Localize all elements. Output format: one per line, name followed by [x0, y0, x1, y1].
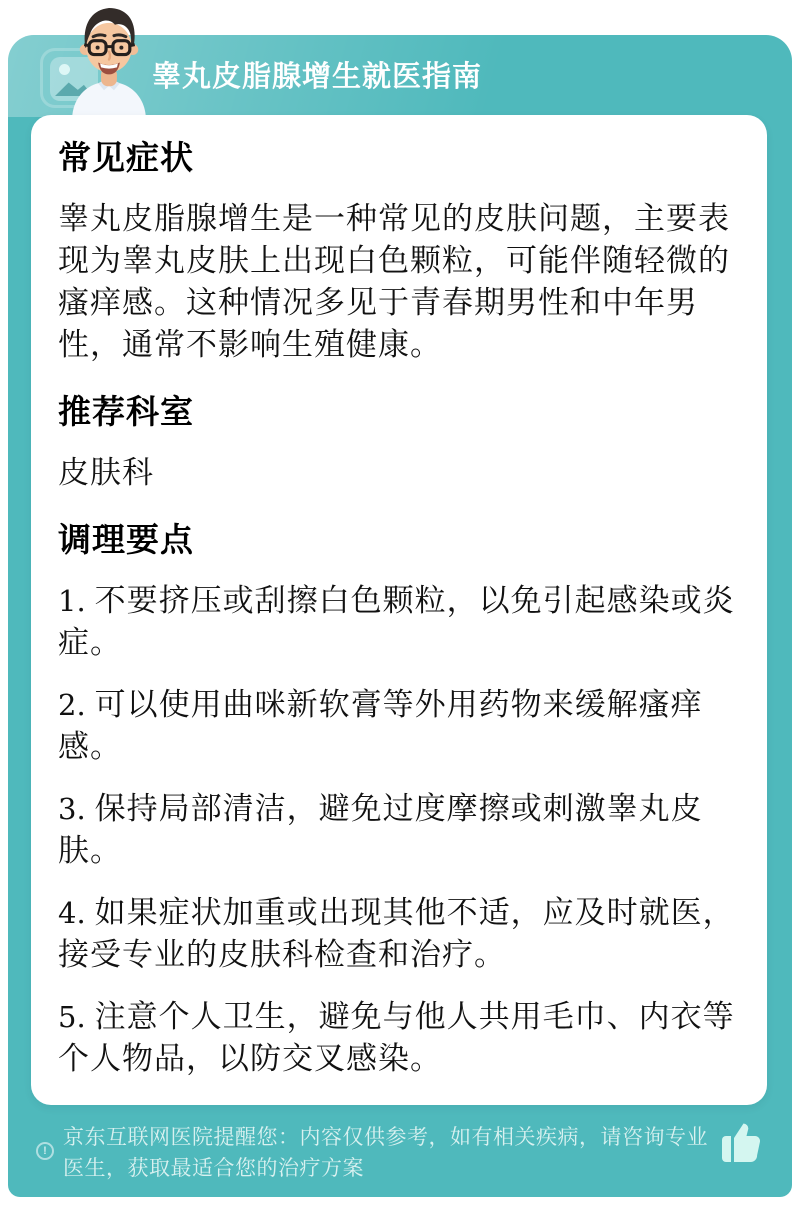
item-number: 1. [58, 584, 86, 618]
content-card: 常见症状 睾丸皮脂腺增生是一种常见的皮肤问题，主要表现为睾丸皮肤上出现白色颗粒，… [31, 115, 767, 1105]
department-name: 皮肤科 [58, 452, 740, 494]
symptoms-paragraph: 睾丸皮脂腺增生是一种常见的皮肤问题，主要表现为睾丸皮肤上出现白色颗粒，可能伴随轻… [58, 198, 740, 366]
care-item: 5.注意个人卫生，避免与他人共用毛巾、内衣等个人物品，以防交叉感染。 [58, 996, 740, 1080]
item-text: 可以使用曲咪新软膏等外用药物来缓解瘙痒感。 [58, 687, 703, 764]
care-item: 3.保持局部清洁，避免过度摩擦或刺激睾丸皮肤。 [58, 788, 740, 872]
thumbs-up-icon[interactable] [714, 1116, 762, 1166]
alert-circle-icon: ! [36, 1142, 54, 1160]
page-title: 睾丸皮脂腺增生就医指南 [152, 54, 482, 95]
section-heading-care: 调理要点 [58, 522, 740, 558]
item-text: 不要挤压或刮擦白色颗粒，以免引起感染或炎症。 [58, 583, 735, 660]
section-heading-symptoms: 常见症状 [58, 140, 740, 176]
item-number: 3. [58, 792, 86, 826]
item-text: 如果症状加重或出现其他不适，应及时就医，接受专业的皮肤科检查和治疗。 [58, 895, 735, 972]
item-text: 注意个人卫生，避免与他人共用毛巾、内衣等个人物品，以防交叉感染。 [58, 999, 735, 1076]
section-heading-department: 推荐科室 [58, 394, 740, 430]
item-number: 5. [58, 1000, 86, 1034]
care-item: 4.如果症状加重或出现其他不适，应及时就医，接受专业的皮肤科检查和治疗。 [58, 892, 740, 976]
care-item: 1.不要挤压或刮擦白色颗粒，以免引起感染或炎症。 [58, 580, 740, 664]
footer-disclaimer: 京东互联网医院提醒您：内容仅供参考，如有相关疾病，请咨询专业医生，获取最适合您的… [63, 1122, 719, 1184]
page: 睾丸皮脂腺增生就医指南 常见症状 睾丸皮脂腺增生是一种常见的皮肤问题，主要表现为… [0, 0, 800, 1209]
item-number: 4. [58, 896, 86, 930]
doctor-avatar [52, 2, 166, 115]
care-item: 2.可以使用曲咪新软膏等外用药物来缓解瘙痒感。 [58, 684, 740, 768]
item-number: 2. [58, 688, 86, 722]
item-text: 保持局部清洁，避免过度摩擦或刺激睾丸皮肤。 [58, 791, 703, 868]
